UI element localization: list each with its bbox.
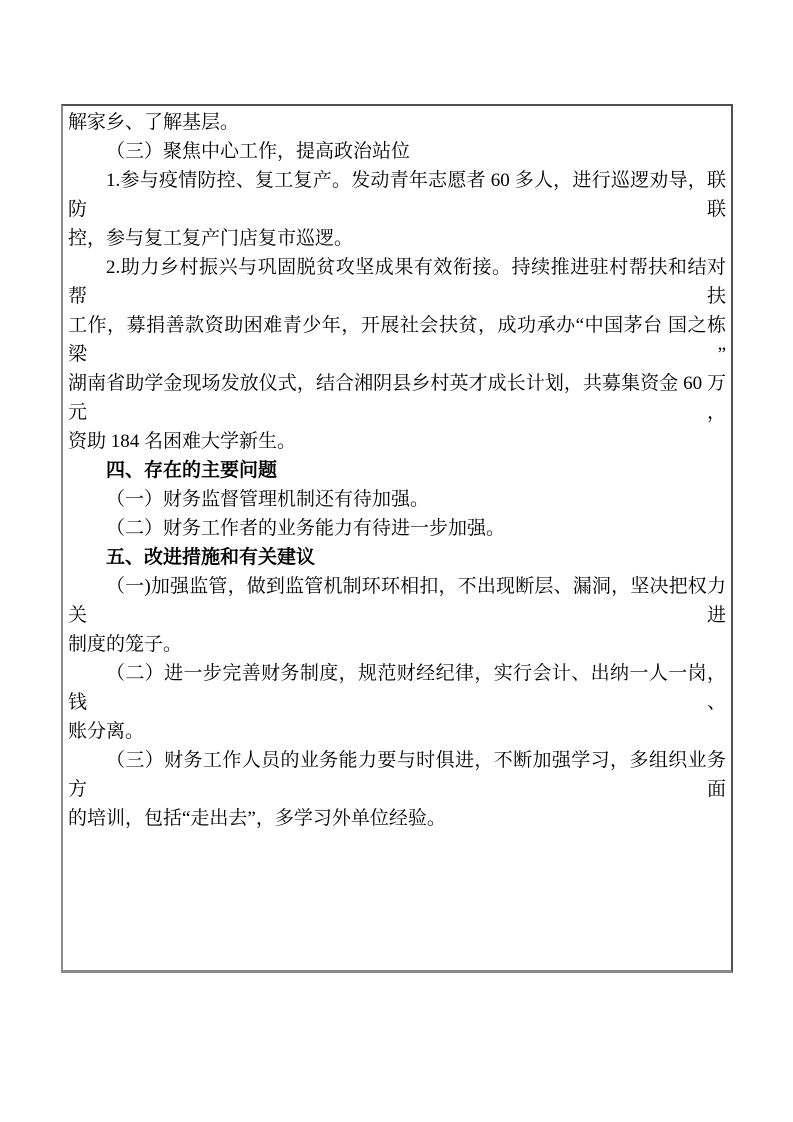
- text-line: （二）财务工作者的业务能力有待进一步加强。: [68, 514, 726, 543]
- text-line: 的培训，包括“走出去”，多学习外单位经验。: [68, 804, 726, 833]
- text-line: （三）聚焦中心工作，提高政治站位: [68, 137, 726, 166]
- text-line: （一）财务监督管理机制还有待加强。: [68, 485, 726, 514]
- text-line: 解家乡、了解基层。: [68, 108, 726, 137]
- text-line: 控，参与复工复产门店复市巡逻。: [68, 224, 726, 253]
- text-line: 2.助力乡村振兴与巩固脱贫攻坚成果有效衔接。持续推进驻村帮扶和结对帮扶: [68, 253, 726, 311]
- text-line: 资助 184 名困难大学新生。: [68, 427, 726, 456]
- text-line: 制度的笼子。: [68, 630, 726, 659]
- document-page: 解家乡、了解基层。（三）聚焦中心工作，提高政治站位1.参与疫情防控、复工复产。发…: [0, 0, 793, 1122]
- document-text-block: 解家乡、了解基层。（三）聚焦中心工作，提高政治站位1.参与疫情防控、复工复产。发…: [68, 108, 726, 833]
- text-line: 1.参与疫情防控、复工复产。发动青年志愿者 60 多人，进行巡逻劝导，联防联: [68, 166, 726, 224]
- text-line: 工作，募捐善款资助困难青少年，开展社会扶贫，成功承办“中国茅台 国之栋梁”: [68, 311, 726, 369]
- table-cell-border: 解家乡、了解基层。（三）聚焦中心工作，提高政治站位1.参与疫情防控、复工复产。发…: [61, 104, 733, 973]
- text-line: 账分离。: [68, 717, 726, 746]
- heading-line: 五、改进措施和有关建议: [68, 543, 726, 572]
- text-line: （二）进一步完善财务制度，规范财经纪律，实行会计、出纳一人一岗，钱、: [68, 659, 726, 717]
- text-line: （一)加强监管，做到监管机制环环相扣，不出现断层、漏洞，坚决把权力关进: [68, 572, 726, 630]
- heading-line: 四、存在的主要问题: [68, 456, 726, 485]
- text-line: 湖南省助学金现场发放仪式，结合湘阴县乡村英才成长计划，共募集资金 60 万元，: [68, 369, 726, 427]
- text-line: （三）财务工作人员的业务能力要与时俱进，不断加强学习，多组织业务方面: [68, 746, 726, 804]
